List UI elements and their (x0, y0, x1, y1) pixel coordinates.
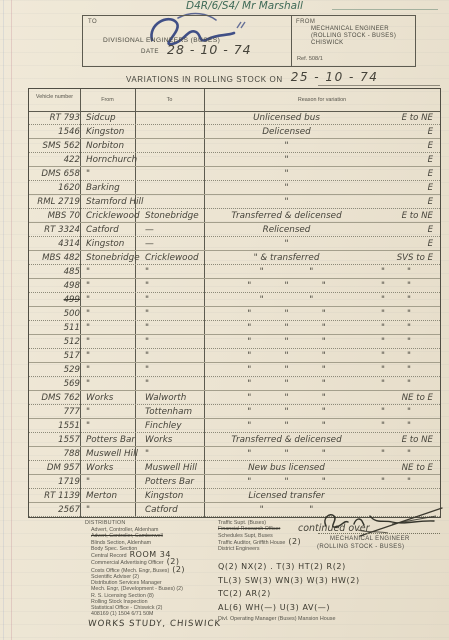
reason-text: """ (214, 351, 359, 361)
cell-from: " (83, 267, 141, 277)
header-divider (291, 16, 292, 66)
reason-text: """ (214, 365, 359, 375)
cell-from: " (83, 365, 141, 375)
table-row: 517""""""" (29, 349, 440, 363)
cell-vehicle-number: 1620 (29, 183, 83, 193)
cell-from: Works (83, 393, 141, 403)
cell-to: Stonebridge (141, 211, 214, 221)
cell-reason: """"" (214, 379, 440, 389)
cell-from: " (83, 407, 141, 417)
cell-vehicle-number: 512 (29, 337, 83, 347)
licence-state-code: E to NE (359, 113, 440, 123)
licence-state-code: E (359, 127, 440, 137)
distribution-list: Advert, Controller, AldenhamAdvert, Cont… (91, 527, 221, 618)
table-row: 1620Barking"E (29, 181, 440, 195)
table-row: DMS 658""E (29, 167, 440, 181)
reason-text: " (214, 169, 359, 179)
cell-vehicle-number: MBS 70 (29, 211, 83, 221)
reason-text: """ (214, 421, 359, 431)
table-row: 485"""""" (29, 265, 440, 279)
cell-vehicle-number: RT 3324 (29, 225, 83, 235)
reason-text: New bus licensed (214, 463, 359, 473)
cell-reason: Transferred & delicensedE to NE (214, 435, 440, 445)
licence-state-code: "" (359, 281, 440, 291)
col-header-vehicle: Vehicle number (29, 94, 80, 100)
table-row: MBS 70CricklewoodStonebridgeTransferred … (29, 209, 440, 223)
reason-text: " (214, 239, 359, 249)
cell-from: " (83, 351, 141, 361)
cell-reason: """"" (214, 421, 440, 431)
cell-vehicle-number: 498 (29, 281, 83, 291)
cell-reason: """"" (214, 309, 440, 319)
cell-vehicle-number: 4314 (29, 239, 83, 249)
table-row: SMS 562Norbiton"E (29, 139, 440, 153)
licence-state-code: E (359, 197, 440, 207)
header-box: TO DIVISIONAL ENGINEERS (BUSES) DATE 28 … (82, 15, 416, 67)
reason-text: """ (214, 393, 359, 403)
cell-to: " (141, 281, 214, 291)
cell-from: Works (83, 463, 141, 473)
table-row: 499"""""" (29, 293, 440, 307)
to-label: TO (88, 19, 97, 25)
handwritten-date: 28 - 10 - 74 (167, 42, 252, 57)
reason-text: """ (214, 379, 359, 389)
cell-reason: DelicensedE (214, 127, 440, 137)
title-text: VARIATIONS IN ROLLING STOCK ON (126, 75, 283, 84)
cell-reason: """" (214, 267, 440, 277)
cell-reason: """"" (214, 351, 440, 361)
signature-rule (318, 533, 440, 534)
signature (318, 508, 448, 534)
licence-state-code: E (359, 155, 440, 165)
reason-text: """ (214, 449, 359, 459)
cell-from: Hornchurch (83, 155, 141, 165)
reason-text: "" (214, 295, 359, 305)
table-row: DMS 762WorksWalworth"""NE to E (29, 391, 440, 405)
cell-from: Muswell Hill (83, 449, 141, 459)
table-row: RT 3324Catford—RelicensedE (29, 223, 440, 237)
table-row: 1546KingstonDelicensedE (29, 125, 440, 139)
table-row: 1719"Potters Bar""""" (29, 475, 440, 489)
title-underline (318, 85, 440, 86)
cell-from: Sidcup (83, 113, 141, 123)
list-item: Commercial Advertising Officer(2) (91, 559, 221, 566)
cell-to: Tottenham (141, 407, 214, 417)
cell-reason: """"" (214, 449, 440, 459)
cell-reason: """NE to E (214, 393, 440, 403)
cell-from: " (83, 169, 141, 179)
licence-state-code: E (359, 169, 440, 179)
cell-from: Stonebridge (83, 253, 141, 263)
licence-state-code: "" (359, 267, 440, 277)
cell-vehicle-number: 2567 (29, 505, 83, 515)
cell-vehicle-number: MBS 482 (29, 253, 83, 263)
licence-state-code: "" (359, 407, 440, 417)
table-rows: RT 793SidcupUnlicensed busE to NE1546Kin… (29, 111, 440, 517)
cell-to: Cricklewood (141, 253, 214, 263)
licence-state-code: "" (359, 449, 440, 459)
cell-from: " (83, 323, 141, 333)
reason-text: """ (214, 337, 359, 347)
list-item: Central RecordROOM 34 (91, 552, 221, 559)
cell-reason: """"" (214, 281, 440, 291)
cell-from: " (83, 505, 141, 515)
cell-from: " (83, 337, 141, 347)
table-row: 1557Potters BarWorksTransferred & delice… (29, 433, 440, 447)
reason-text: " & transferred (214, 253, 359, 263)
cell-to: Walworth (141, 393, 214, 403)
handwritten-annotation: ROOM 34 (130, 550, 171, 559)
licence-state-code: SVS to E (359, 253, 440, 263)
cell-from: " (83, 281, 141, 291)
cell-from: Potters Bar (83, 435, 141, 445)
reason-text: "" (214, 267, 359, 277)
cell-reason: Transferred & delicensedE to NE (214, 211, 440, 221)
signatory-title: MECHANICAL ENGINEER (330, 536, 410, 542)
list-item: 408169 (1) 1504 6/71 50M (91, 611, 221, 617)
cell-from: Catford (83, 225, 141, 235)
cell-vehicle-number: 569 (29, 379, 83, 389)
cell-reason: "E (214, 183, 440, 193)
cell-reason: """"" (214, 477, 440, 487)
title-handwritten-date: 25 - 10 - 74 (291, 70, 379, 84)
licence-state-code: "" (359, 365, 440, 375)
signatory-subtitle: (ROLLING STOCK - BUSES) (317, 544, 404, 550)
garage-code-line: TL(3) SW(3) WN(3) W(3) HW(2) (218, 574, 360, 588)
licence-state-code: E (359, 225, 440, 235)
cell-reason: RelicensedE (214, 225, 440, 235)
from-line: (ROLLING STOCK - BUSES) (311, 33, 396, 40)
table-row: RT 1139MertonKingstonLicensed transfer (29, 489, 440, 503)
cell-reason: "E (214, 155, 440, 165)
scan-edge-line (3, 0, 4, 640)
cell-vehicle-number: 499 (29, 295, 83, 305)
cell-vehicle-number: 529 (29, 365, 83, 375)
reason-text: """ (214, 281, 359, 291)
table-row: 777"Tottenham""""" (29, 405, 440, 419)
licence-state-code: "" (359, 337, 440, 347)
cell-vehicle-number: 1551 (29, 421, 83, 431)
table-row: 498""""""" (29, 279, 440, 293)
from-line: MECHANICAL ENGINEER (311, 26, 396, 33)
cell-reason: "E (214, 169, 440, 179)
reason-text: Transferred & delicensed (214, 435, 359, 445)
cell-reason: "E (214, 197, 440, 207)
cell-reason: """"" (214, 323, 440, 333)
scanned-document: D4R/6/S4/ Mr Marshall TO DIVISIONAL ENGI… (0, 0, 449, 640)
cell-to: " (141, 309, 214, 319)
list-item: Costs Office (Mech. Engr,.Buses)(2) (91, 567, 221, 574)
garage-codes: Q(2) NX(2) . T(3) HT(2) R(2)TL(3) SW(3) … (218, 560, 360, 614)
cell-to: — (141, 239, 214, 249)
licence-state-code: E (359, 183, 440, 193)
from-address: MECHANICAL ENGINEER (ROLLING STOCK - BUS… (311, 26, 396, 48)
cell-to: " (141, 449, 214, 459)
cell-vehicle-number: RT 793 (29, 113, 83, 123)
cell-vehicle-number: DM 957 (29, 463, 83, 473)
table-header: Vehicle number From To Reason for variat… (29, 89, 440, 112)
cell-from: Barking (83, 183, 141, 193)
cell-vehicle-number: 517 (29, 351, 83, 361)
cell-vehicle-number: 1557 (29, 435, 83, 445)
variations-table: Vehicle number From To Reason for variat… (28, 88, 441, 518)
cell-to: " (141, 351, 214, 361)
licence-state-code: NE to E (359, 463, 440, 473)
garage-code-line: Q(2) NX(2) . T(3) HT(2) R(2) (218, 560, 360, 574)
licence-state-code: "" (359, 379, 440, 389)
handwritten-annotation: (2) (288, 537, 301, 546)
table-row: 500""""""" (29, 307, 440, 321)
reason-text: """ (214, 309, 359, 319)
cell-vehicle-number: 788 (29, 449, 83, 459)
reason-text: Delicensed (214, 127, 359, 137)
table-row: 422Hornchurch"E (29, 153, 440, 167)
cell-to: Kingston (141, 491, 214, 501)
reason-text: Licensed transfer (214, 491, 359, 501)
cell-from: " (83, 309, 141, 319)
date-label: DATE (141, 48, 159, 55)
cell-reason: """"" (214, 365, 440, 375)
table-row: 569""""""" (29, 377, 440, 391)
handwritten-annotation: (2) (172, 565, 185, 574)
reason-text: Relicensed (214, 225, 359, 235)
works-study-note: WORKS STUDY, CHISWICK (88, 619, 222, 629)
distribution-title: DISTRIBUTION (85, 520, 125, 526)
cell-reason: """"" (214, 337, 440, 347)
reason-text: " (214, 197, 359, 207)
table-row: 529""""""" (29, 363, 440, 377)
manager-line: Divl. Operating Manager (Buses) Mansion … (218, 616, 335, 622)
cell-vehicle-number: 422 (29, 155, 83, 165)
cell-vehicle-number: DMS 658 (29, 169, 83, 179)
cell-reason: "E (214, 239, 440, 249)
cell-vehicle-number: 485 (29, 267, 83, 277)
cell-to: " (141, 365, 214, 375)
cell-to: " (141, 267, 214, 277)
cell-from: " (83, 477, 141, 487)
licence-state-code: "" (359, 421, 440, 431)
reason-text: """ (214, 407, 359, 417)
licence-state-code: "" (359, 477, 440, 487)
cell-vehicle-number: 1546 (29, 127, 83, 137)
licence-state-code: "" (359, 323, 440, 333)
cell-from: " (83, 295, 141, 305)
from-label: FROM (296, 19, 315, 25)
reason-text: " (214, 183, 359, 193)
licence-state-code: E (359, 141, 440, 151)
cell-to: Muswell Hill (141, 463, 214, 473)
licence-state-code: NE to E (359, 393, 440, 403)
cell-from: Merton (83, 491, 141, 501)
cell-vehicle-number: 1719 (29, 477, 83, 487)
reason-text: Transferred & delicensed (214, 211, 359, 221)
table-row: RML 2719Stamford Hill"E (29, 195, 440, 209)
cell-to: Finchley (141, 421, 214, 431)
cell-from: " (83, 421, 141, 431)
table-row: 4314Kingston—"E (29, 237, 440, 251)
licence-state-code: E to NE (359, 435, 440, 445)
cell-from: Cricklewood (83, 211, 141, 221)
cell-vehicle-number: RT 1139 (29, 491, 83, 501)
cell-from: Stamford Hill (83, 197, 141, 207)
scan-edge-line (11, 0, 12, 640)
reason-text: " (214, 141, 359, 151)
table-row: MBS 482StonebridgeCricklewood" & transfe… (29, 251, 440, 265)
reason-text: " (214, 155, 359, 165)
cell-to: " (141, 379, 214, 389)
table-row: 511""""""" (29, 321, 440, 335)
cell-to: Potters Bar (141, 477, 214, 487)
garage-code-line: TC(2) AR(2) (218, 587, 360, 601)
licence-state-code: E (359, 239, 440, 249)
cell-reason: Licensed transfer (214, 491, 440, 501)
reason-text: """ (214, 477, 359, 487)
cell-reason: """"" (214, 407, 440, 417)
cell-to: Catford (141, 505, 214, 515)
handwritten-stroke (332, 9, 438, 10)
cell-vehicle-number: RML 2719 (29, 197, 83, 207)
table-row: 512""""""" (29, 335, 440, 349)
cell-reason: " & transferredSVS to E (214, 253, 440, 263)
cell-vehicle-number: SMS 562 (29, 141, 83, 151)
cell-from: Kingston (83, 239, 141, 249)
cell-vehicle-number: 777 (29, 407, 83, 417)
garage-code-line: AL(6) WH(—) U(3) AV(—) (218, 601, 360, 615)
table-row: 1551"Finchley""""" (29, 419, 440, 433)
licence-state-code: "" (359, 295, 440, 305)
cell-reason: "E (214, 141, 440, 151)
reference-number: Ref. 508/1 (297, 56, 323, 62)
cell-to: " (141, 295, 214, 305)
cell-from: Kingston (83, 127, 141, 137)
reason-text: """ (214, 323, 359, 333)
licence-state-code: E to NE (359, 211, 440, 221)
reason-text: Unlicensed bus (214, 113, 359, 123)
cell-reason: New bus licensedNE to E (214, 463, 440, 473)
cell-to: " (141, 323, 214, 333)
cell-to: " (141, 337, 214, 347)
table-row: 788Muswell Hill"""""" (29, 447, 440, 461)
cell-to: — (141, 225, 214, 235)
licence-state-code: "" (359, 351, 440, 361)
cell-vehicle-number: 500 (29, 309, 83, 319)
licence-state-code: "" (359, 309, 440, 319)
col-header-to: To (135, 97, 204, 103)
table-row: DM 957WorksMuswell HillNew bus licensedN… (29, 461, 440, 475)
from-line: CHISWICK (311, 40, 396, 47)
cell-from: " (83, 379, 141, 389)
col-header-from: From (80, 97, 135, 103)
cell-vehicle-number: DMS 762 (29, 393, 83, 403)
cell-reason: Unlicensed busE to NE (214, 113, 440, 123)
document-title: VARIATIONS IN ROLLING STOCK ON25 - 10 - … (126, 71, 378, 85)
cell-vehicle-number: 511 (29, 323, 83, 333)
table-row: RT 793SidcupUnlicensed busE to NE (29, 111, 440, 125)
cell-from: Norbiton (83, 141, 141, 151)
cell-reason: """" (214, 295, 440, 305)
cell-to: Works (141, 435, 214, 445)
col-header-reason: Reason for variation (204, 97, 440, 103)
